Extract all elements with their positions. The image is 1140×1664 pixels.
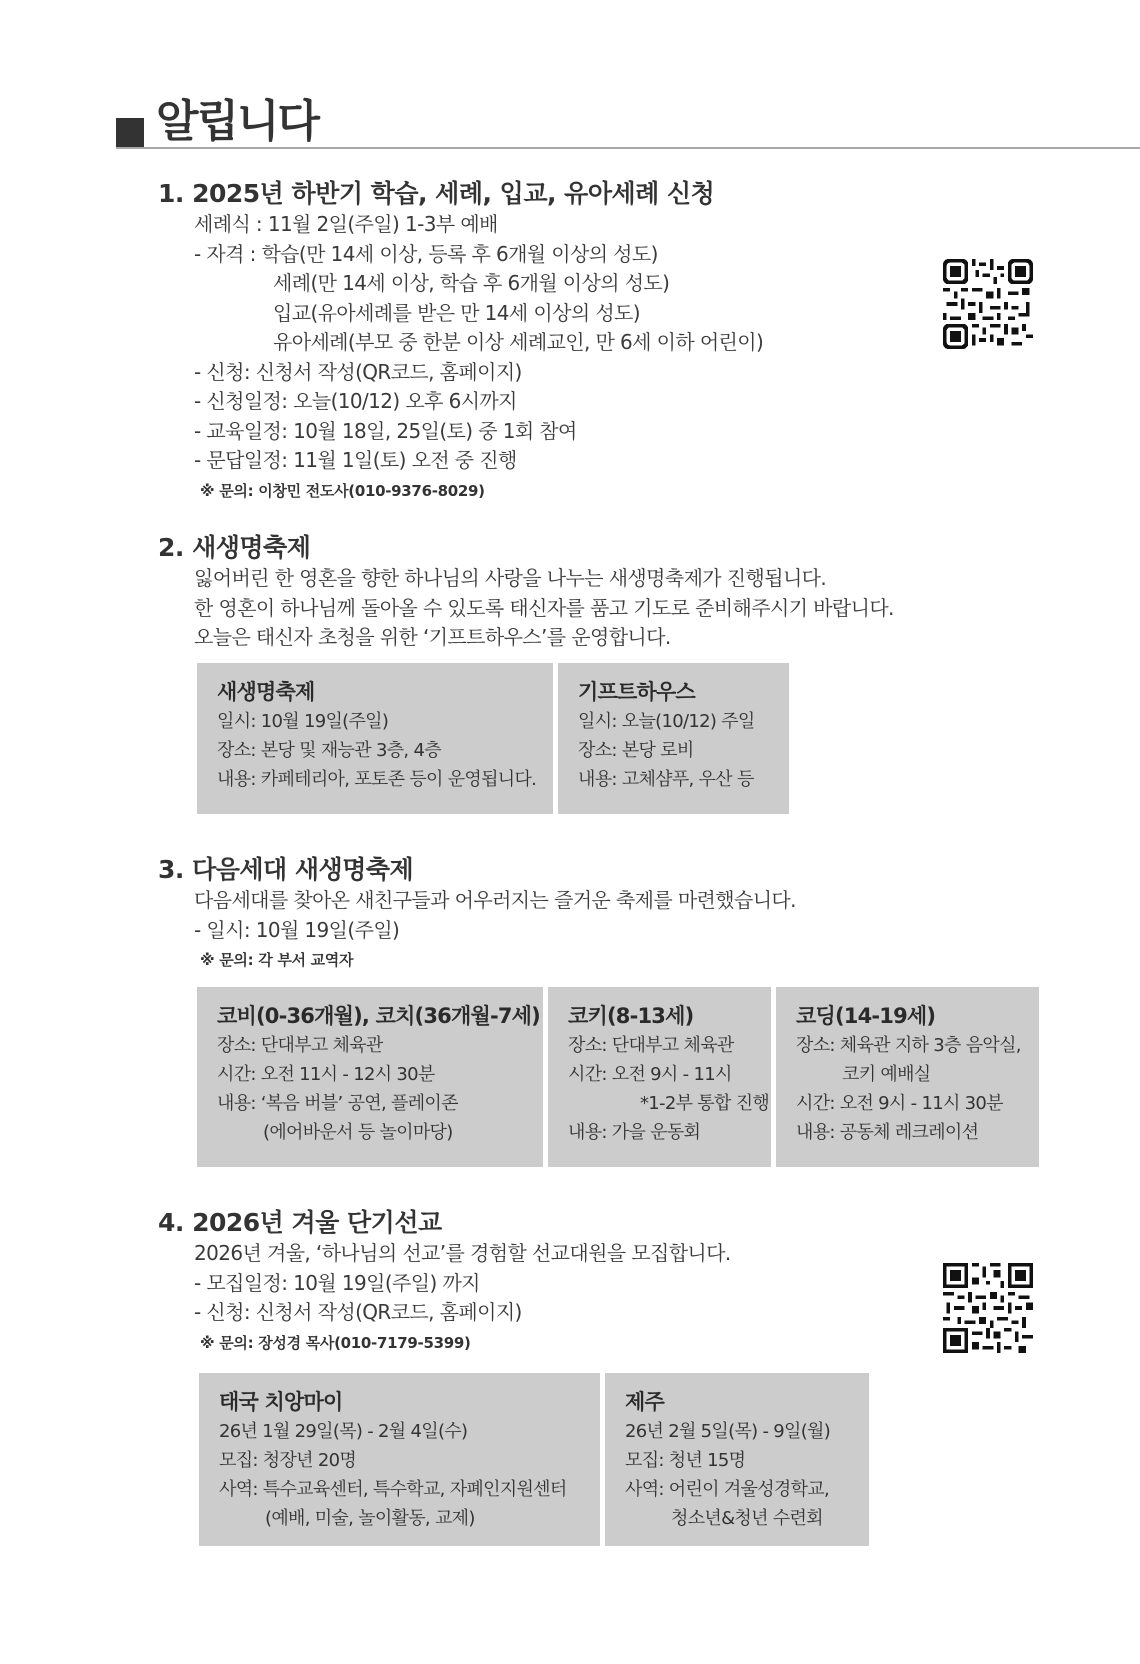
info-box-new-life-festival: 새생명축제 일시: 10월 19일(주일) 장소: 본당 및 재능관 3층, 4… [197,663,553,814]
contact-info: ※ 문의: 장성경 목사(010-7179-5399) [158,1328,731,1358]
box-title: 코비(0-36개월), 코치(36개월-7세) [217,1001,525,1031]
box-line: 내용: ‘복음 버블’ 공연, 플레이존 [217,1089,525,1118]
info-box-group: 태국 치앙마이 26년 1월 29일(목) - 2월 4일(수) 모집: 청장년… [199,1373,869,1546]
section-title: 3. 다음세대 새생명축제 [158,854,796,886]
box-line: (에어바운서 등 놀이마당) [217,1118,525,1147]
info-box-group: 새생명축제 일시: 10월 19일(주일) 장소: 본당 및 재능관 3층, 4… [197,663,789,814]
text-line: - 문답일정: 11월 1일(토) 오전 중 진행 [158,446,763,476]
box-line: 26년 1월 29일(목) - 2월 4일(수) [219,1417,582,1446]
box-title: 새생명축제 [217,677,535,707]
box-title: 태국 치앙마이 [219,1387,582,1417]
box-line: 청소년&청년 수련회 [625,1504,851,1533]
text-line: 2026년 겨울, ‘하나님의 선교’를 경험할 선교대원을 모집합니다. [158,1239,731,1269]
text-line: - 신청일정: 오늘(10/12) 오후 6시까지 [158,387,763,417]
text-line: - 신청: 신청서 작성(QR코드, 홈페이지) [158,358,763,388]
box-title: 제주 [625,1387,851,1417]
section-title: 4. 2026년 겨울 단기선교 [158,1207,731,1239]
section-next-generation-festival: 3. 다음세대 새생명축제 다음세대를 찾아온 새친구들과 어우러지는 즐거운 … [158,854,796,975]
box-line: 일시: 오늘(10/12) 주일 [578,707,771,736]
page-title: 알립니다 [156,96,318,148]
box-line: 내용: 고체샴푸, 우산 등 [578,765,771,794]
box-line: 장소: 본당 로비 [578,736,771,765]
section-winter-mission-trip: 4. 2026년 겨울 단기선교 2026년 겨울, ‘하나님의 선교’를 경험… [158,1207,731,1358]
text-line: 입교(유아세례를 받은 만 14세 이상의 성도) [158,299,763,329]
info-box-koki: 코키(8-13세) 장소: 단대부고 체육관 시간: 오전 9시 - 11시 *… [548,987,771,1167]
box-line: 장소: 체육관 지하 3층 음악실, [796,1031,1021,1060]
contact-info: ※ 문의: 각 부서 교역자 [158,945,796,975]
info-box-koding: 코딩(14-19세) 장소: 체육관 지하 3층 음악실, 코키 예배실 시간:… [776,987,1039,1167]
qr-code-icon[interactable] [943,259,1033,349]
section-title: 1. 2025년 하반기 학습, 세례, 입교, 유아세례 신청 [158,178,763,210]
section-new-life-festival: 2. 새생명축제 잃어버린 한 영혼을 향한 하나님의 사랑을 나누는 새생명축… [158,532,894,653]
box-line: 장소: 단대부고 체육관 [568,1031,753,1060]
box-line: 시간: 오전 11시 - 12시 30분 [217,1060,525,1089]
box-line: 장소: 본당 및 재능관 3층, 4층 [217,736,535,765]
box-title: 기프트하우스 [578,677,771,707]
section-baptism-application: 1. 2025년 하반기 학습, 세례, 입교, 유아세례 신청 세례식 : 1… [158,178,763,506]
box-line: 장소: 단대부고 체육관 [217,1031,525,1060]
qr-code-icon[interactable] [943,1263,1033,1353]
box-line: 모집: 청년 15명 [625,1446,851,1475]
box-line: 사역: 특수교육센터, 특수학교, 자폐인지원센터 [219,1475,582,1504]
info-box-group: 코비(0-36개월), 코치(36개월-7세) 장소: 단대부고 체육관 시간:… [197,987,1039,1167]
page-header: 알립니다 [116,96,1140,150]
box-line: 내용: 공동체 레크레이션 [796,1118,1021,1147]
box-line: 시간: 오전 9시 - 11시 [568,1060,753,1089]
box-line: 코키 예배실 [796,1060,1021,1089]
info-box-chiang-mai: 태국 치앙마이 26년 1월 29일(목) - 2월 4일(수) 모집: 청장년… [199,1373,600,1546]
header-block-marker [116,118,144,148]
box-title: 코키(8-13세) [568,1001,753,1031]
text-line: - 신청: 신청서 작성(QR코드, 홈페이지) [158,1298,731,1328]
header-divider [116,147,1140,149]
box-title: 코딩(14-19세) [796,1001,1021,1031]
contact-info: ※ 문의: 이창민 전도사(010-9376-8029) [158,476,763,506]
text-line: 유아세례(부모 중 한분 이상 세례교인, 만 6세 이하 어린이) [158,328,763,358]
text-line: 세례식 : 11월 2일(주일) 1-3부 예배 [158,210,763,240]
text-line: - 모집일정: 10월 19일(주일) 까지 [158,1269,731,1299]
info-box-gift-house: 기프트하우스 일시: 오늘(10/12) 주일 장소: 본당 로비 내용: 고체… [558,663,789,814]
text-line: - 자격 : 학습(만 14세 이상, 등록 후 6개월 이상의 성도) [158,240,763,270]
box-line: 내용: 카페테리아, 포토존 등이 운영됩니다. [217,765,535,794]
text-line: - 일시: 10월 19일(주일) [158,916,796,946]
text-line: 잃어버린 한 영혼을 향한 하나님의 사랑을 나누는 새생명축제가 진행됩니다. [158,564,894,594]
text-line: 다음세대를 찾아온 새친구들과 어우러지는 즐거운 축제를 마련했습니다. [158,886,796,916]
info-box-jeju: 제주 26년 2월 5일(목) - 9일(월) 모집: 청년 15명 사역: 어… [605,1373,869,1546]
box-line: 시간: 오전 9시 - 11시 30분 [796,1089,1021,1118]
box-line: *1-2부 통합 진행 [568,1089,753,1118]
box-line: 모집: 청장년 20명 [219,1446,582,1475]
box-line: (예배, 미술, 놀이활동, 교제) [219,1504,582,1533]
box-line: 내용: 가을 운동회 [568,1118,753,1147]
text-line: - 교육일정: 10월 18일, 25일(토) 중 1회 참여 [158,417,763,447]
text-line: 오늘은 태신자 초청을 위한 ‘기프트하우스’를 운영합니다. [158,623,894,653]
box-line: 사역: 어린이 겨울성경학교, [625,1475,851,1504]
box-line: 26년 2월 5일(목) - 9일(월) [625,1417,851,1446]
text-line: 세례(만 14세 이상, 학습 후 6개월 이상의 성도) [158,269,763,299]
text-line: 한 영혼이 하나님께 돌아올 수 있도록 태신자를 품고 기도로 준비해주시기 … [158,594,894,624]
info-box-kobi-kochi: 코비(0-36개월), 코치(36개월-7세) 장소: 단대부고 체육관 시간:… [197,987,543,1167]
box-line: 일시: 10월 19일(주일) [217,707,535,736]
section-title: 2. 새생명축제 [158,532,894,564]
